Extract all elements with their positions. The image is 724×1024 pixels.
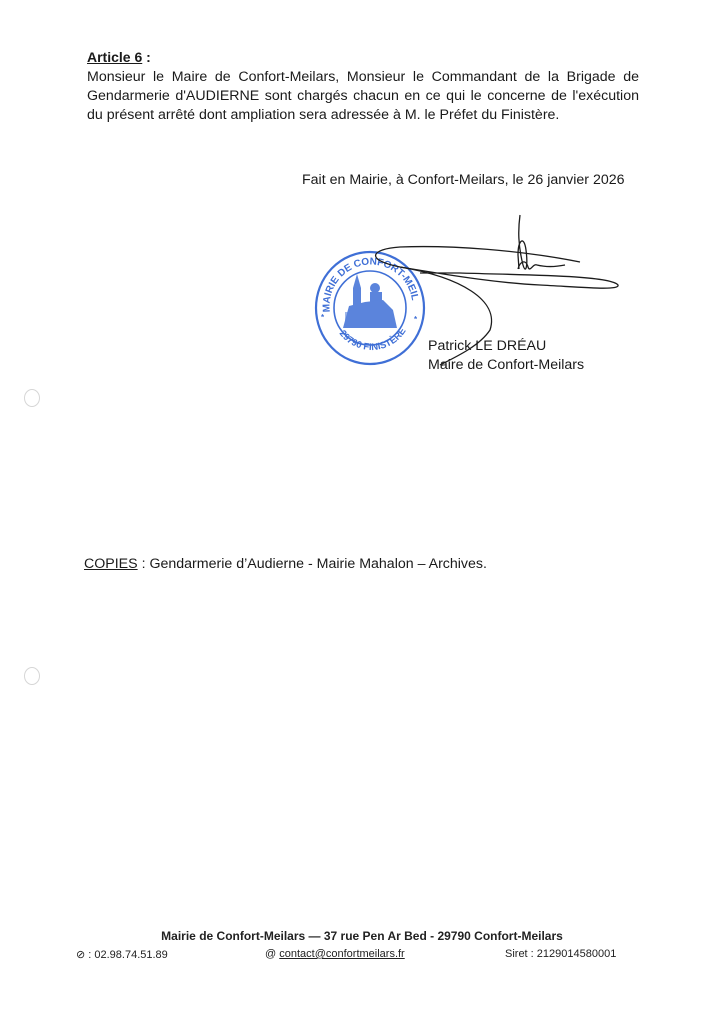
article-body: Monsieur le Maire de Confort-Meilars, Mo… xyxy=(87,68,639,125)
article-title-suffix: : xyxy=(142,49,151,65)
copies-line: COPIES : Gendarmerie d’Audierne - Mairie… xyxy=(84,556,487,572)
done-at-line: Fait en Mairie, à Confort-Meilars, le 26… xyxy=(302,172,625,188)
signer-name: Patrick LE DRÉAU xyxy=(428,337,584,356)
svg-text:*: * xyxy=(321,313,325,322)
copies-label: COPIES xyxy=(84,556,138,572)
signer-block: Patrick LE DRÉAU Maire de Confort-Meilar… xyxy=(428,337,584,375)
email-link[interactable]: contact@confortmeilars.fr xyxy=(279,948,405,960)
punch-hole-icon xyxy=(24,667,40,685)
at-icon: @ xyxy=(265,948,279,960)
phone-number: : 02.98.74.51.89 xyxy=(85,949,168,961)
article-heading: Article 6 : xyxy=(87,49,151,65)
footer-phone: ⊘ : 02.98.74.51.89 xyxy=(76,948,168,961)
footer-address: Mairie de Confort-Meilars — 37 rue Pen A… xyxy=(0,929,724,943)
phone-icon: ⊘ xyxy=(76,949,85,961)
footer-siret: Siret : 2129014580001 xyxy=(505,948,616,960)
footer-email: @ contact@confortmeilars.fr xyxy=(265,948,405,960)
signer-title: Maire de Confort-Meilars xyxy=(428,356,584,375)
copies-text: : Gendarmerie d’Audierne - Mairie Mahalo… xyxy=(138,556,487,572)
article-title: Article 6 xyxy=(87,49,142,65)
punch-hole-icon xyxy=(24,389,40,407)
